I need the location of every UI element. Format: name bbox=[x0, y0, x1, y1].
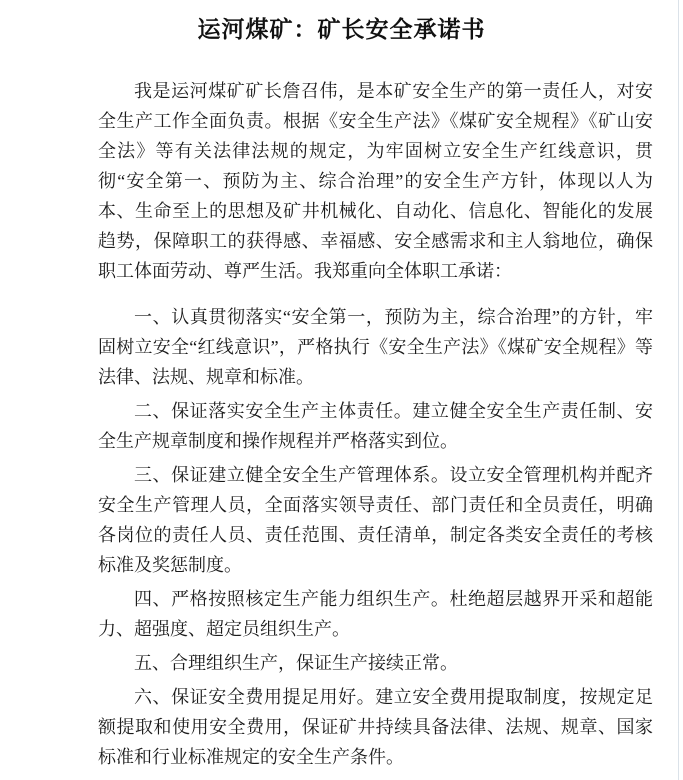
document-paragraph: 六、保证安全费用提足用好。建立安全费用提取制度，按规定足额提取和使用安全费用，保… bbox=[98, 682, 653, 772]
document-paragraph: 四、严格按照核定生产能力组织生产。杜绝超层越界开采和超能力、超强度、超定员组织生… bbox=[98, 584, 653, 644]
page-edge-line bbox=[678, 0, 679, 780]
document-page: 运河煤矿：矿长安全承诺书 我是运河煤矿矿长詹召伟，是本矿安全生产的第一责任人，对… bbox=[0, 0, 683, 780]
document-paragraph: 五、合理组织生产，保证生产接续正常。 bbox=[98, 648, 653, 678]
document-paragraph: 我是运河煤矿矿长詹召伟，是本矿安全生产的第一责任人，对安全生产工作全面负责。根据… bbox=[98, 76, 653, 286]
document-body: 我是运河煤矿矿长詹召伟，是本矿安全生产的第一责任人，对安全生产工作全面负责。根据… bbox=[98, 76, 653, 772]
document-title: 运河煤矿：矿长安全承诺书 bbox=[0, 14, 683, 46]
document-paragraph: 二、保证落实安全生产主体责任。建立健全安全生产责任制、安全生产规章制度和操作规程… bbox=[98, 396, 653, 456]
document-paragraph: 一、认真贯彻落实“安全第一，预防为主，综合治理”的方针，牢固树立安全“红线意识”… bbox=[98, 302, 653, 392]
document-paragraph: 三、保证建立健全安全生产管理体系。设立安全管理机构并配齐安全生产管理人员，全面落… bbox=[98, 460, 653, 580]
